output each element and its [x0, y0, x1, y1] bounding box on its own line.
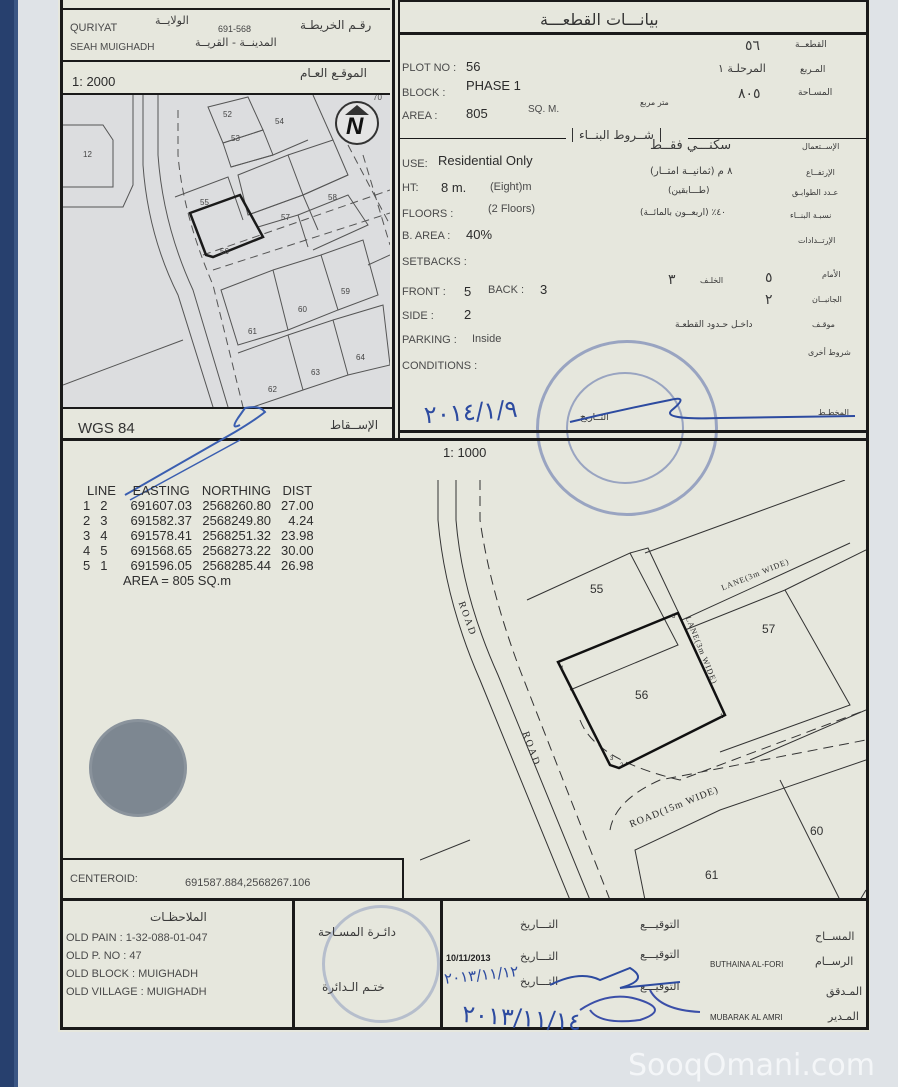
area-total: AREA = 805 SQ.m — [75, 573, 319, 588]
block-label: BLOCK : — [402, 87, 445, 99]
cell-from: 3 — [75, 528, 95, 543]
vertex-label: 5 — [672, 614, 675, 620]
detail-plot-label: 60 — [810, 824, 823, 838]
parking-value: Inside — [472, 333, 501, 345]
sig-role: المـدير — [828, 1010, 859, 1023]
use-ar-value: سكنـــي فقــط — [650, 138, 731, 153]
rule — [60, 60, 390, 62]
header-northing: NORTHING — [197, 483, 276, 498]
area-ar-label: المسـاحة — [798, 88, 832, 98]
plot-ar-value: ٥٦ — [745, 38, 760, 54]
cell-to: 1 — [95, 558, 125, 573]
divider — [398, 0, 400, 440]
map-number: 691-568 — [218, 24, 251, 34]
cell-to: 5 — [95, 543, 125, 558]
table-header-row: LINE EASTING NORTHING DIST — [75, 483, 319, 498]
office-stamp — [322, 905, 440, 1023]
block-ar-label: المـربع — [800, 65, 825, 75]
floors-ar-value: (طـــابقين) — [668, 186, 709, 196]
cell-dist: 23.98 — [276, 528, 319, 543]
sig-role: المـدقق — [826, 985, 862, 998]
conditions-label: CONDITIONS : — [402, 360, 477, 372]
cell-northing: 2568273.22 — [197, 543, 276, 558]
table-row: 1 2 691607.03 2568260.80 27.00 — [75, 498, 319, 513]
setbacks-ar-label: الإرتــدادات — [798, 236, 835, 245]
side-ar-label: الجانبــان — [812, 295, 842, 304]
cell-northing: 2568249.80 — [197, 513, 276, 528]
plot-label: 60 — [298, 305, 307, 314]
plot-label: 53 — [231, 134, 240, 143]
notes-title: الملاحظـات — [150, 910, 207, 924]
plot-label: 62 — [268, 385, 277, 394]
cell-easting: 691596.05 — [125, 558, 196, 573]
plot-no-value: 56 — [466, 59, 480, 74]
vertex-label: 3 — [610, 756, 613, 762]
use-value: Residential Only — [438, 153, 533, 168]
background-edge — [0, 0, 14, 1087]
area-ar-value: ٨٠٥ — [738, 86, 761, 102]
location-title-ar: الموقـع العـام — [300, 66, 367, 80]
rule — [398, 0, 868, 2]
area-value: 805 — [466, 106, 488, 121]
cell-easting: 691607.03 — [125, 498, 196, 513]
cell-easting: 691578.41 — [125, 528, 196, 543]
back-ar-label: الخلـف — [700, 276, 723, 285]
rule — [398, 32, 868, 35]
plot-label: 58 — [328, 193, 337, 202]
watermark: SooqOmani.com — [628, 1048, 875, 1083]
side-value: 2 — [464, 307, 471, 322]
rule — [398, 430, 868, 433]
header-line: LINE — [75, 483, 125, 498]
front-value: 5 — [464, 284, 471, 299]
sig-role: المســاح — [815, 930, 854, 943]
cell-northing: 2568251.32 — [197, 528, 276, 543]
plot-data-title: بيانـــات القطعـــة — [540, 10, 659, 29]
cell-easting: 691582.37 — [125, 513, 196, 528]
header-dist: DIST — [276, 483, 319, 498]
table-row: 5 1 691596.05 2568285.44 26.98 — [75, 558, 319, 573]
floors-label: FLOORS : — [402, 208, 453, 220]
plot-no-label: PLOT NO : — [402, 62, 456, 74]
north-arrow-icon: N — [335, 101, 379, 145]
cell-northing: 2568260.80 — [197, 498, 276, 513]
plot-ar-label: القطعــة — [795, 40, 827, 50]
detail-plot-label: 55 — [590, 582, 603, 596]
back-label: BACK : — [488, 284, 524, 296]
village-en: SEAH MUIGHADH — [70, 42, 154, 53]
sig-sign-label: التوقيـــع — [640, 918, 680, 931]
header-easting: EASTING — [125, 483, 196, 498]
sig-name: BUTHAINA AL-FORI — [710, 960, 783, 969]
vertex-label: 1 — [720, 714, 723, 720]
front-label: FRONT : — [402, 286, 446, 298]
block-ar-value: المرحلـة ١ — [718, 62, 766, 75]
barea-ar-value: ٤٠٪ (اربعــون بالمائــة) — [640, 208, 726, 218]
rule — [400, 138, 566, 139]
cell-dist: 26.98 — [276, 558, 319, 573]
office-seal-label: ختـم الـدائرة — [322, 980, 385, 994]
plot-label: 57 — [281, 213, 290, 222]
front-ar-value: ٥ — [765, 270, 773, 286]
divider — [392, 0, 395, 440]
detail-map: 55 56 57 60 61 ROAD ROAD ROAD(15m WIDE) … — [420, 480, 866, 900]
cell-from: 4 — [75, 543, 95, 558]
area-label: AREA : — [402, 110, 437, 122]
cell-dist: 27.00 — [276, 498, 319, 513]
plot-label: 55 — [200, 198, 209, 207]
cell-to: 4 — [95, 528, 125, 543]
note-line: OLD BLOCK : MUIGHADH — [66, 968, 198, 980]
detail-plot-label-highlighted: 56 — [635, 688, 648, 702]
cell-to: 3 — [95, 513, 125, 528]
side-label: SIDE : — [402, 310, 434, 322]
table-row: 4 5 691568.65 2568273.22 30.00 — [75, 543, 319, 558]
cell-northing: 2568285.44 — [197, 558, 276, 573]
ht-ar-label: الإرتفــاع — [806, 168, 835, 177]
north-label: N — [346, 113, 363, 141]
sig-role: الرســام — [815, 955, 853, 968]
scale-small: 1: 2000 — [72, 74, 115, 89]
back-value: 3 — [540, 282, 547, 297]
coordinates-table: LINE EASTING NORTHING DIST 1 2 691607.03… — [75, 483, 319, 588]
embossed-seal — [92, 722, 184, 814]
area-unit: SQ. M. — [528, 104, 559, 115]
sig-date-label: التـــاريخ — [520, 918, 558, 931]
detail-plot-label: 57 — [762, 622, 775, 636]
note-line: OLD VILLAGE : MUIGHADH — [66, 986, 207, 998]
floors-value: (2 Floors) — [488, 203, 535, 215]
parking-ar-value: داخـل حـدود القطعـة — [675, 320, 753, 330]
rule — [60, 8, 390, 10]
floors-ar-label: عـدد الطوابـق — [792, 188, 838, 197]
parking-label: PARKING : — [402, 334, 457, 346]
use-ar-label: الإســتعمال — [802, 142, 839, 151]
cell-from: 5 — [75, 558, 95, 573]
wilayat-en: QURIYAT — [70, 22, 117, 34]
back-ar-value: ٣ — [668, 272, 676, 288]
cell-from: 2 — [75, 513, 95, 528]
cell-from: 1 — [75, 498, 95, 513]
barea-ar-label: نسبـة البنــاء — [790, 211, 831, 220]
cell-to: 2 — [95, 498, 125, 513]
detail-plot-label: 61 — [705, 868, 718, 882]
village-ar: المدينــة - القريــة — [195, 36, 277, 49]
note-line: OLD PAIN : 1-32-088-01-047 — [66, 932, 208, 944]
barea-value: 40% — [466, 227, 492, 242]
centroid-label: CENTEROID: — [70, 873, 138, 885]
detail-scale: 1: 1000 — [443, 445, 486, 460]
rule — [60, 858, 402, 860]
plot-label-highlighted: 56 — [220, 247, 229, 256]
plot-label: 64 — [356, 353, 365, 362]
corner-label: 70 — [373, 95, 382, 102]
table-row: 2 3 691582.37 2568249.80 4.24 — [75, 513, 319, 528]
plot-label: 63 — [311, 368, 320, 377]
vertex-label: 2 — [620, 763, 623, 769]
signature-icon — [540, 950, 720, 1030]
cell-dist: 4.24 — [276, 513, 319, 528]
frame-right — [866, 0, 869, 1030]
plot-label: 59 — [341, 287, 350, 296]
area-unit-ar: متر مربع — [640, 98, 669, 107]
projection-ar: الإســقاط — [330, 418, 378, 432]
table-total-row: AREA = 805 SQ.m — [75, 573, 319, 588]
ht-ar-value: ٨ م (ثمانيــة امتــار) — [650, 166, 732, 177]
divider — [292, 900, 295, 1028]
plot-label: 12 — [83, 150, 92, 159]
sig-date: 10/11/2013 — [446, 953, 491, 963]
ht-value: 8 m. — [441, 180, 466, 195]
front-ar-label: الأمام — [822, 270, 840, 279]
building-conditions-title: شــروط البنــاء — [572, 128, 661, 142]
setbacks-label: SETBACKS : — [402, 256, 467, 268]
side-ar-value: ٢ — [765, 292, 773, 308]
plot-label: 54 — [275, 117, 284, 126]
cell-dist: 30.00 — [276, 543, 319, 558]
note-line: OLD P. NO : 47 — [66, 950, 142, 962]
wilayat-ar: الولايــة — [155, 14, 189, 27]
centroid-value: 691587.884,2568267.106 — [185, 877, 310, 889]
vertex-label: 4 — [560, 666, 563, 672]
divider — [440, 900, 443, 1028]
conditions-ar-label: شروط أخرى — [808, 348, 851, 357]
sig-name: MUBARAK AL AMRI — [710, 1013, 783, 1022]
location-map: 12 52 53 54 55 56 57 58 59 60 61 62 63 6… — [63, 95, 390, 407]
parking-ar-label: موقـف — [812, 320, 835, 329]
table-row: 3 4 691578.41 2568251.32 23.98 — [75, 528, 319, 543]
barea-label: B. AREA : — [402, 230, 450, 242]
office-dept: دائـرة المسـاحة — [318, 925, 396, 939]
block-value: PHASE 1 — [466, 78, 521, 93]
plot-label: 52 — [223, 110, 232, 119]
ht-label: HT: — [402, 182, 419, 194]
use-label: USE: — [402, 158, 428, 170]
plot-label: 61 — [248, 327, 257, 336]
cell-easting: 691568.65 — [125, 543, 196, 558]
ht-words: (Eight)m — [490, 181, 532, 193]
rule — [60, 898, 868, 901]
map-number-ar: رقـم الخريطـة — [300, 18, 371, 32]
